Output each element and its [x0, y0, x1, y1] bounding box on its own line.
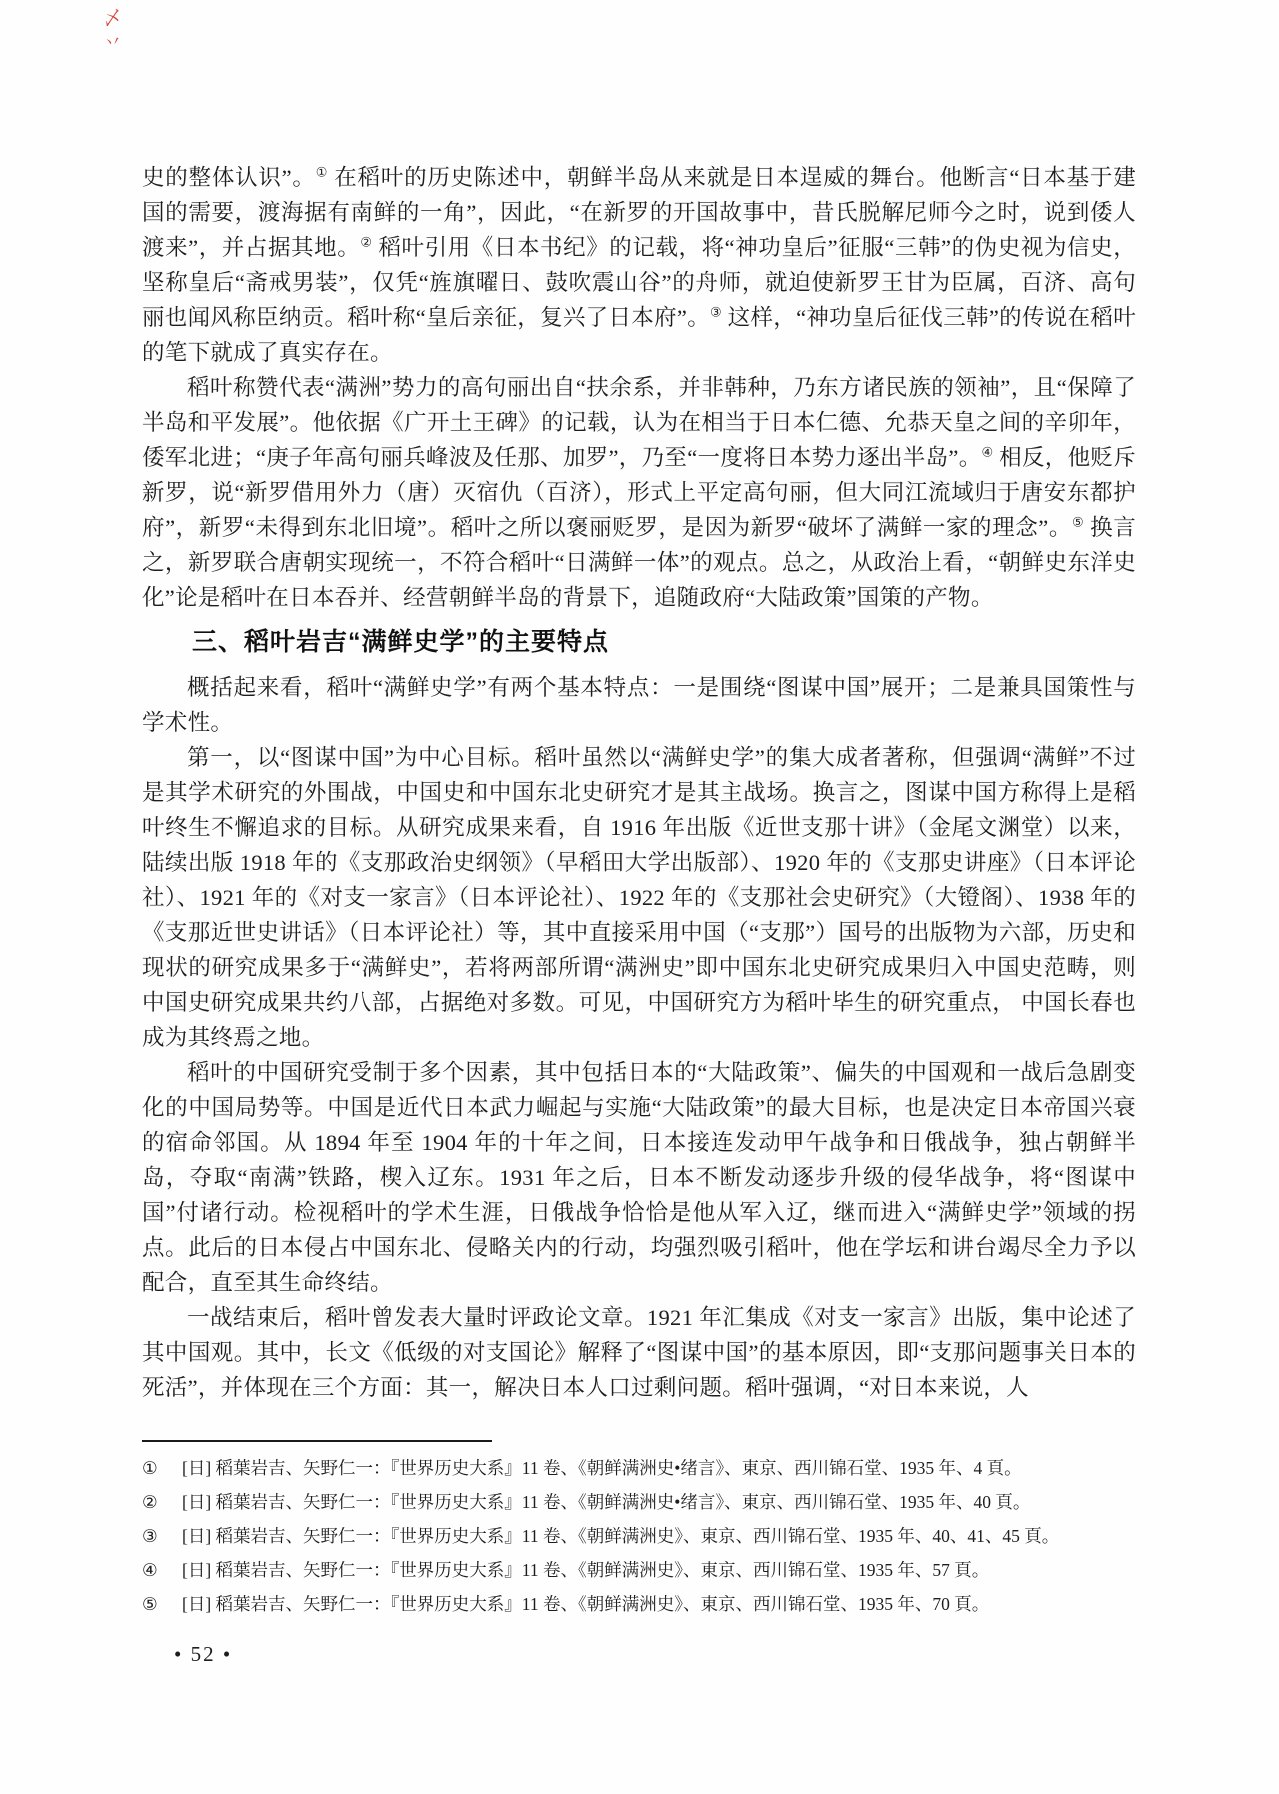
- footnote-section: ①[日] 稻葉岩吉、矢野仁一：『世界历史大系』11 卷、《朝鲜满洲史•绪言》、東…: [142, 1440, 1136, 1621]
- footnote-number: ③: [142, 1519, 182, 1553]
- paragraph: 一战结束后，稻叶曾发表大量时评政论文章。1921 年汇集成《对支一家言》出版，集…: [142, 1300, 1136, 1405]
- footnote-text: [日] 稻葉岩吉、矢野仁一：『世界历史大系』11 卷、《朝鲜满洲史•绪言》、東京…: [182, 1485, 1136, 1519]
- footnote-ref: ②: [360, 235, 372, 250]
- red-annotation-mark: 丷: [103, 28, 142, 57]
- footnote-number: ⑤: [142, 1587, 182, 1621]
- red-annotation-mark: 乄: [103, 4, 142, 33]
- footnote-ref: ③: [710, 305, 722, 320]
- margin-annotation-marks: 乄丷: [104, 6, 140, 62]
- footnote: ④[日] 稻葉岩吉、矢野仁一：『世界历史大系』11 卷、《朝鲜满洲史》、東京、西…: [142, 1553, 1136, 1587]
- paragraph: 稻叶称赞代表“满洲”势力的高句丽出自“扶余系，并非韩种，乃东方诸民族的领袖”，且…: [142, 370, 1136, 615]
- paragraph: 概括起来看，稻叶“满鲜史学”有两个基本特点：一是围绕“图谋中国”展开；二是兼具国…: [142, 670, 1136, 740]
- document-page: 乄丷 史的整体认识”。① 在稻叶的历史陈述中，朝鲜半岛从来就是日本逞威的舞台。他…: [0, 0, 1279, 1794]
- footnote-text: [日] 稻葉岩吉、矢野仁一：『世界历史大系』11 卷、《朝鲜满洲史•绪言》、東京…: [182, 1451, 1136, 1485]
- paragraph: 第一，以“图谋中国”为中心目标。稻叶虽然以“满鲜史学”的集大成者著称，但强调“满…: [142, 740, 1136, 1055]
- footnote-text: [日] 稻葉岩吉、矢野仁一：『世界历史大系』11 卷、《朝鲜满洲史》、東京、西川…: [182, 1519, 1136, 1553]
- footnote-divider: [142, 1440, 492, 1442]
- footnote-number: ④: [142, 1553, 182, 1587]
- footnote: ③[日] 稻葉岩吉、矢野仁一：『世界历史大系』11 卷、《朝鲜满洲史》、東京、西…: [142, 1519, 1136, 1553]
- footnote-ref: ⑤: [1072, 515, 1084, 530]
- footnote: ⑤[日] 稻葉岩吉、矢野仁一：『世界历史大系』11 卷、《朝鲜满洲史》、東京、西…: [142, 1587, 1136, 1621]
- footnote-ref: ④: [982, 445, 994, 460]
- footnote-list: ①[日] 稻葉岩吉、矢野仁一：『世界历史大系』11 卷、《朝鲜满洲史•绪言》、東…: [142, 1451, 1136, 1621]
- paragraph: 稻叶的中国研究受制于多个因素，其中包括日本的“大陆政策”、偏失的中国观和一战后急…: [142, 1055, 1136, 1300]
- footnote: ①[日] 稻葉岩吉、矢野仁一：『世界历史大系』11 卷、《朝鲜满洲史•绪言》、東…: [142, 1451, 1136, 1485]
- footnote-text: [日] 稻葉岩吉、矢野仁一：『世界历史大系』11 卷、《朝鲜满洲史》、東京、西川…: [182, 1553, 1136, 1587]
- footnote-number: ②: [142, 1485, 182, 1519]
- page-number: • 52 •: [174, 1642, 232, 1667]
- footnote: ②[日] 稻葉岩吉、矢野仁一：『世界历史大系』11 卷、《朝鲜满洲史•绪言》、東…: [142, 1485, 1136, 1519]
- footnote-ref: ①: [316, 165, 328, 180]
- paragraph: 史的整体认识”。① 在稻叶的历史陈述中，朝鲜半岛从来就是日本逞威的舞台。他断言“…: [142, 160, 1136, 370]
- footnote-number: ①: [142, 1451, 182, 1485]
- body-text: 史的整体认识”。① 在稻叶的历史陈述中，朝鲜半岛从来就是日本逞威的舞台。他断言“…: [142, 160, 1136, 1405]
- section-heading: 三、稻叶岩吉“满鲜史学”的主要特点: [142, 625, 1136, 659]
- footnote-text: [日] 稻葉岩吉、矢野仁一：『世界历史大系』11 卷、《朝鲜满洲史》、東京、西川…: [182, 1587, 1136, 1621]
- page-content: 史的整体认识”。① 在稻叶的历史陈述中，朝鲜半岛从来就是日本逞威的舞台。他断言“…: [142, 160, 1136, 1405]
